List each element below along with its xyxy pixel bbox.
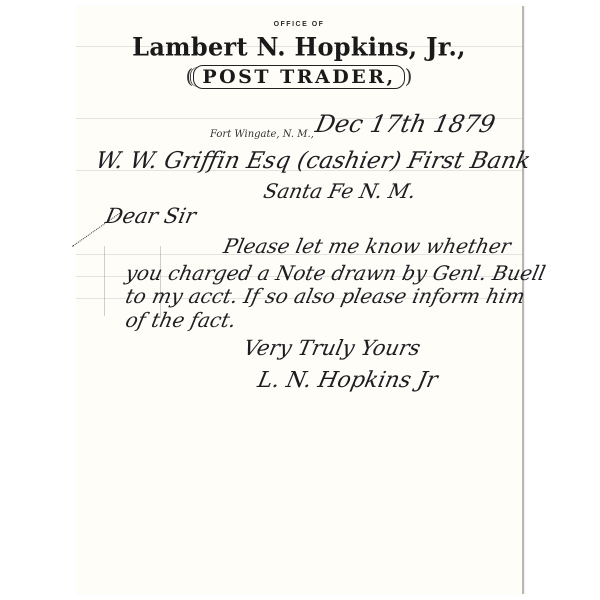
addressee-city: Santa Fe N. M. [261,179,418,203]
body-line: of the fact. [123,308,238,332]
letterhead-title: POST TRADER, [193,65,404,89]
place-line: Fort Wingate, N. M., [210,129,314,140]
signature: L. N. Hopkins Jr [255,368,439,393]
decorative-paren-left: ( [186,64,194,88]
salutation: Dear Sir [103,204,198,228]
decorative-paren-right: ) [405,64,413,88]
body-line: to my acct. If so also please inform him [123,284,527,308]
body-line: Please let me know whether [221,234,513,258]
body-line: you charged a Note drawn by Genl. Buell [123,261,547,285]
closing: Very Truly Yours [241,336,422,360]
letterhead-title-wrap: (POST TRADER,) [76,64,522,89]
letterhead-office-of: OFFICE OF [76,21,522,28]
addressee: W. W. Griffin Esq (cashier) First Bank [93,148,533,174]
letterhead-name: Lambert N. Hopkins, Jr., [76,31,522,61]
letter-date: Dec 17th 1879 [313,110,498,138]
letter-sheet: OFFICE OF Lambert N. Hopkins, Jr., (POST… [76,6,524,594]
